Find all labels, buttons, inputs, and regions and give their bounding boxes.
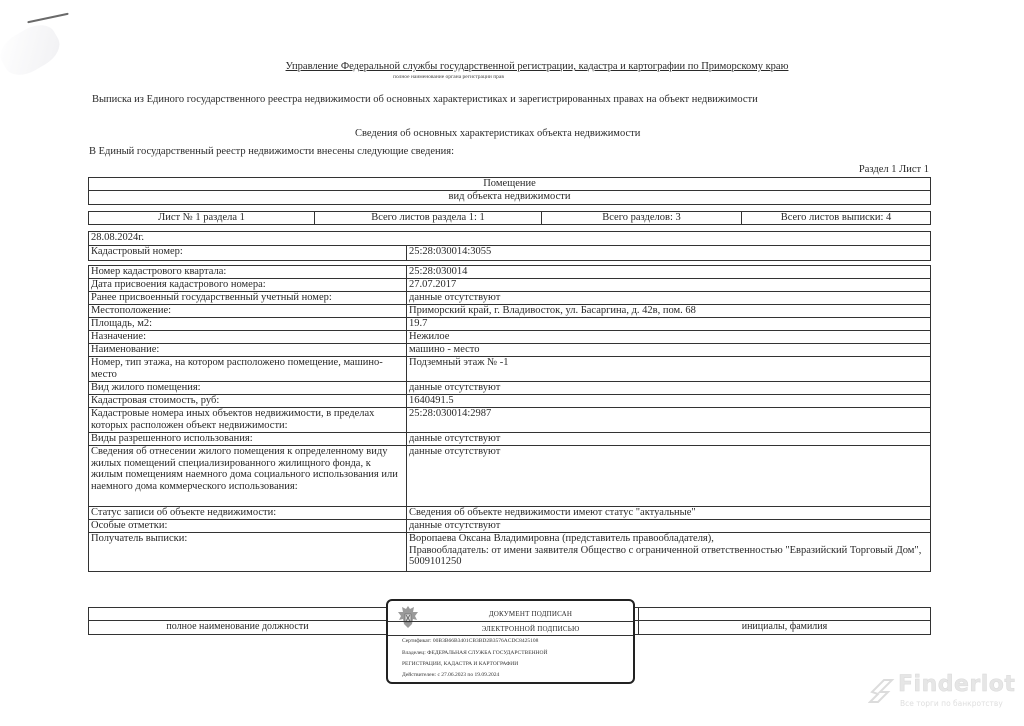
sheet-info-row: Лист № 1 раздела 1 Всего листов раздела … xyxy=(88,211,931,225)
stamp-validity: Действителен: с 27.06.2023 по 19.09.2024 xyxy=(402,672,499,678)
object-type-caption: вид объекта недвижимости xyxy=(89,191,930,204)
stamp-line-1: ДОКУМЕНТ ПОДПИСАН xyxy=(428,610,633,618)
section-sheets-total: Всего листов раздела 1: 1 xyxy=(315,212,542,224)
properties-table: Номер кадастрового квартала: 25:28:03001… xyxy=(88,265,931,572)
scan-smudge xyxy=(0,18,66,83)
property-row: Виды разрешенного использования: данные … xyxy=(89,433,930,446)
property-label: Вид жилого помещения: xyxy=(89,382,407,394)
property-value: Сведения об объекте недвижимости имеют с… xyxy=(407,507,930,519)
property-label: Дата присвоения кадастрового номера: xyxy=(89,279,407,291)
electronic-signature-stamp: ДОКУМЕНТ ПОДПИСАН ЭЛЕКТРОННОЙ ПОДПИСЬЮ С… xyxy=(386,599,635,684)
property-label: Площадь, м2: xyxy=(89,318,407,330)
sections-total: Всего разделов: 3 xyxy=(542,212,742,224)
stamp-line-2: ЭЛЕКТРОННОЙ ПОДПИСЬЮ xyxy=(428,625,633,633)
object-type-box: Помещение вид объекта недвижимости xyxy=(88,177,931,205)
stamp-certificate: Сертификат: 00B3B66B3401CB3BD2B3576ACDC8… xyxy=(402,638,538,644)
property-value: Приморский край, г. Владивосток, ул. Бас… xyxy=(407,305,930,317)
property-value: Воропаева Оксана Владимировна (представи… xyxy=(407,533,930,571)
property-label: Ранее присвоенный государственный учетны… xyxy=(89,292,407,304)
property-label: Назначение: xyxy=(89,331,407,343)
property-row: Ранее присвоенный государственный учетны… xyxy=(89,292,930,305)
property-label: Наименование: xyxy=(89,344,407,356)
property-value: данные отсутствуют xyxy=(407,433,930,445)
property-label: Кадастровая стоимость, руб: xyxy=(89,395,407,407)
position-caption: полное наименование должности xyxy=(89,621,386,633)
property-value: Нежилое xyxy=(407,331,930,343)
property-value: данные отсутствуют xyxy=(407,292,930,304)
registration-authority-caption: полное наименование органа регистрации п… xyxy=(393,74,504,80)
property-row: Номер, тип этажа, на котором расположено… xyxy=(89,357,930,382)
object-type: Помещение xyxy=(89,178,930,191)
property-row: Кадастровая стоимость, руб: 1640491.5 xyxy=(89,395,930,408)
property-row: Кадастровые номера иных объектов недвижи… xyxy=(89,408,930,433)
registration-authority-name: Управление Федеральной службы государств… xyxy=(0,61,1024,72)
pen-mark xyxy=(27,13,68,24)
coat-of-arms-icon xyxy=(397,604,419,630)
property-value: данные отсутствуют xyxy=(407,446,930,506)
property-value: машино - место xyxy=(407,344,930,356)
watermark-brand: Finderlot xyxy=(898,672,1015,697)
watermark-tagline: Все торги по банкротству xyxy=(900,699,1003,708)
property-row: Назначение: Нежилое xyxy=(89,331,930,344)
stamp-owner-2: РЕГИСТРАЦИИ, КАДАСТРА И КАРТОГРАФИИ xyxy=(402,661,518,667)
extract-date: 28.08.2024г. xyxy=(89,232,930,245)
property-value: данные отсутствуют xyxy=(407,520,930,532)
property-row: Получатель выписки: Воропаева Оксана Вла… xyxy=(89,533,930,571)
property-value: 19.7 xyxy=(407,318,930,330)
property-row: Дата присвоения кадастрового номера: 27.… xyxy=(89,279,930,292)
property-value: данные отсутствуют xyxy=(407,382,930,394)
property-value: 1640491.5 xyxy=(407,395,930,407)
property-row: Вид жилого помещения: данные отсутствуют xyxy=(89,382,930,395)
section-sheet-label: Раздел 1 Лист 1 xyxy=(859,164,929,175)
property-value: 25:28:030014 xyxy=(407,266,930,278)
property-label: Получатель выписки: xyxy=(89,533,407,571)
property-label: Номер, тип этажа, на котором расположено… xyxy=(89,357,407,381)
property-value: Подземный этаж № -1 xyxy=(407,357,930,381)
section-title: Сведения об основных характеристиках объ… xyxy=(355,128,640,139)
property-row: Наименование: машино - место xyxy=(89,344,930,357)
property-label: Сведения об отнесении жилого помещения к… xyxy=(89,446,407,506)
property-value: 27.07.2017 xyxy=(407,279,930,291)
property-label: Статус записи об объекте недвижимости: xyxy=(89,507,407,519)
property-row: Особые отметки: данные отсутствуют xyxy=(89,520,930,533)
stamp-owner-1: Владелец: ФЕДЕРАЛЬНАЯ СЛУЖБА ГОСУДАРСТВЕ… xyxy=(402,650,547,656)
property-row: Статус записи об объекте недвижимости: С… xyxy=(89,507,930,520)
property-row: Местоположение: Приморский край, г. Влад… xyxy=(89,305,930,318)
property-row: Площадь, м2: 19.7 xyxy=(89,318,930,331)
property-row: Сведения об отнесении жилого помещения к… xyxy=(89,446,930,507)
name-caption: инициалы, фамилия xyxy=(639,621,930,633)
intro-text: В Единый государственный реестр недвижим… xyxy=(89,146,454,157)
finderlot-logo-icon xyxy=(868,676,896,706)
finderlot-watermark: Finderlot Все торги по банкротству xyxy=(868,672,1018,714)
property-value: 25:28:030014:2987 xyxy=(407,408,930,432)
property-label: Местоположение: xyxy=(89,305,407,317)
document-title: Выписка из Единого государственного реес… xyxy=(92,94,758,105)
property-label: Кадастровые номера иных объектов недвижи… xyxy=(89,408,407,432)
cadastral-number-value: 25:28:030014:3055 xyxy=(407,246,930,260)
property-row: Номер кадастрового квартала: 25:28:03001… xyxy=(89,266,930,279)
property-label: Виды разрешенного использования: xyxy=(89,433,407,445)
extract-sheets-total: Всего листов выписки: 4 xyxy=(742,212,930,224)
cadastral-number-label: Кадастровый номер: xyxy=(89,246,407,260)
sheet-number: Лист № 1 раздела 1 xyxy=(89,212,315,224)
property-label: Номер кадастрового квартала: xyxy=(89,266,407,278)
date-cadastral-block: 28.08.2024г. Кадастровый номер: 25:28:03… xyxy=(88,231,931,261)
property-label: Особые отметки: xyxy=(89,520,407,532)
